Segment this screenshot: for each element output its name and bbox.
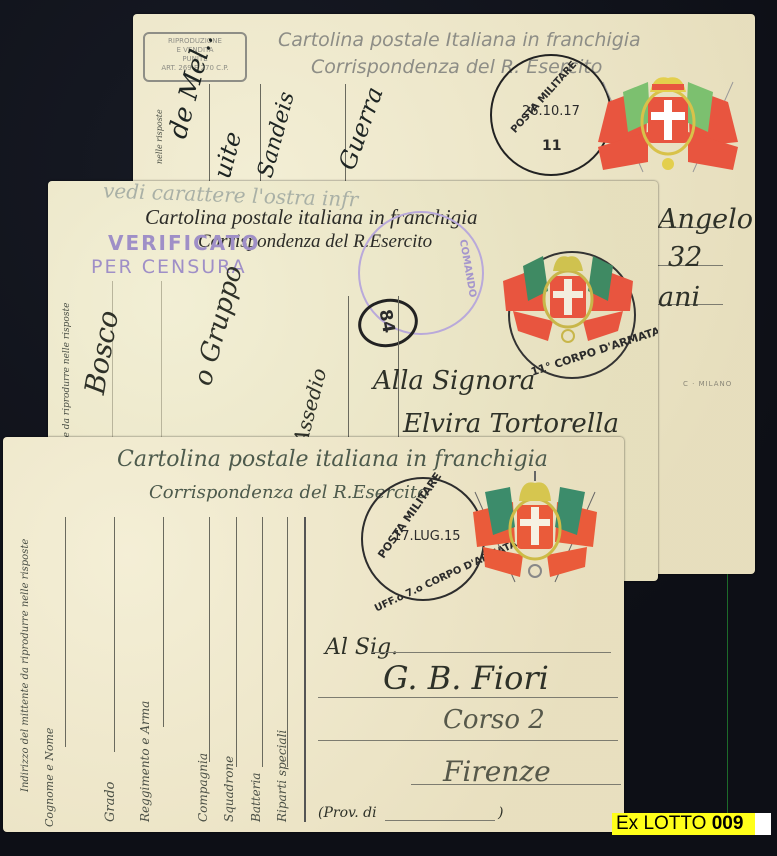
- province-line: [385, 820, 495, 821]
- handwriting: Angelo: [658, 204, 753, 235]
- handwriting: Elvira Tortorella: [403, 409, 619, 439]
- censor-stamp-line1: VERIFICATO: [108, 231, 260, 255]
- handwriting: 32: [668, 242, 702, 273]
- field-line: [65, 517, 66, 747]
- field-line: [262, 517, 263, 767]
- lot-label-prefix: Ex LOTTO: [616, 813, 706, 834]
- lot-label-number: 009: [712, 813, 744, 834]
- lot-label-tail: [755, 813, 771, 835]
- handwriting: ani: [658, 282, 700, 313]
- handwriting: Al Sig.: [325, 635, 398, 660]
- address-line: [318, 697, 618, 698]
- savoy-crest-icon: [465, 467, 605, 587]
- printer-mark: C · MILANO: [683, 380, 732, 388]
- address-line: [371, 652, 611, 653]
- postmark-date: 26.10.17: [522, 104, 580, 119]
- margin-note: nelle risposte: [155, 109, 164, 164]
- margin-note: Indirizzo del mittente da riprodurre nel…: [20, 539, 31, 792]
- field-label-grado: Grado: [103, 782, 118, 823]
- handwriting: Guerra: [333, 83, 389, 173]
- oval-mark-number: 84: [375, 308, 399, 335]
- field-label-name: Cognome e Nome: [43, 728, 56, 827]
- field-label-batteria: Batteria: [249, 773, 263, 822]
- field-line: [236, 517, 237, 767]
- province-label: (Prov. di: [318, 805, 377, 821]
- handwriting: Alla Signora: [373, 366, 535, 396]
- savoy-crest-icon: [498, 241, 638, 351]
- handwriting: Bosco: [78, 308, 125, 397]
- field-line: [114, 517, 115, 752]
- field-line: [163, 517, 164, 727]
- field-divider: [304, 517, 306, 822]
- field-label-compagnia: Compagnia: [196, 753, 210, 822]
- field-label-riparti: Riparti speciali: [275, 730, 289, 822]
- card-title: Cartolina postale Italiana in franchigia: [278, 29, 641, 51]
- margin-note: te da riprodurre nelle risposte: [62, 303, 72, 441]
- savoy-crest-icon: [588, 52, 748, 177]
- lot-label: Ex LOTTO 009: [612, 813, 755, 835]
- field-label-reggimento: Reggimento e Arma: [138, 701, 152, 822]
- handwriting: Assedio: [288, 366, 331, 448]
- handwriting: o Gruppo: [188, 262, 249, 388]
- field-line: [209, 517, 210, 762]
- postmark-top: POSTA MILITARE: [509, 59, 579, 135]
- handwriting: uite: [208, 129, 247, 182]
- handwriting: G. B. Fiori: [383, 659, 549, 697]
- command-stamp-text: COMANDO: [457, 239, 478, 299]
- address-line: [411, 784, 621, 785]
- field-label-squadrone: Squadrone: [222, 756, 236, 822]
- postmark-number: 11: [542, 138, 561, 154]
- handwriting: Corso 2: [443, 705, 545, 735]
- postcard-front: Cartolina postale italiana in franchigia…: [3, 437, 624, 832]
- province-close: ): [498, 805, 503, 821]
- address-line: [318, 740, 618, 741]
- postmark-date: 17.LUG.15: [393, 529, 461, 544]
